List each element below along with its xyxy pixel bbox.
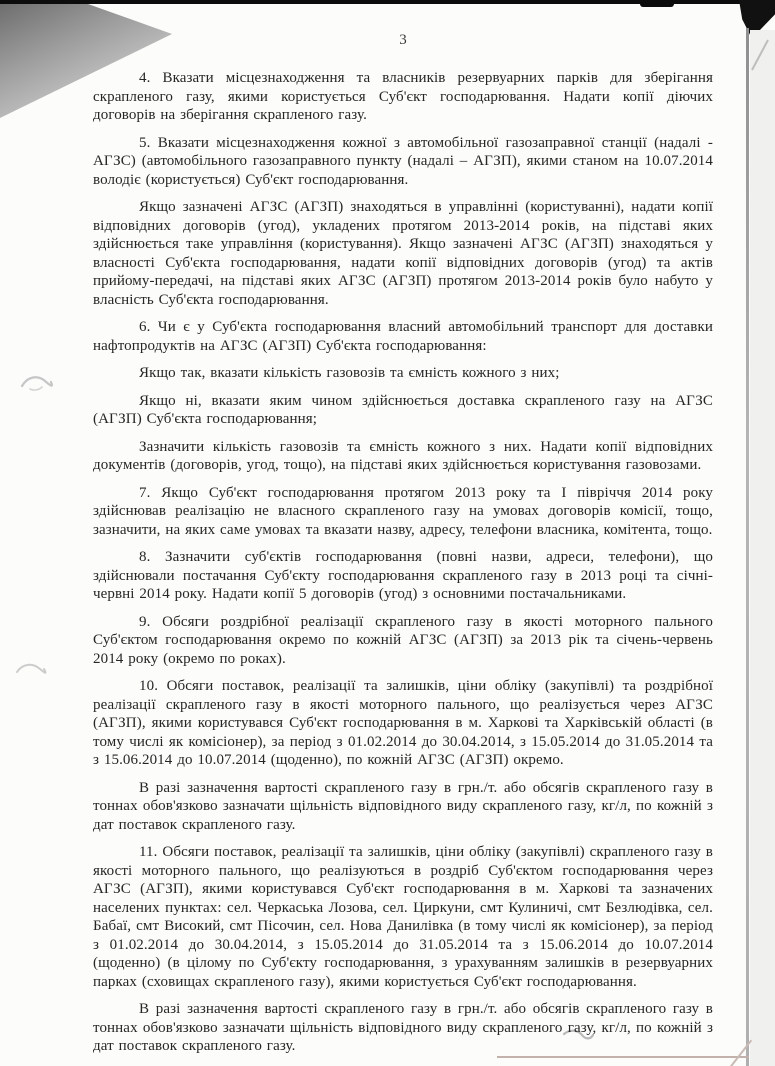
paragraph: Якщо зазначені АГЗС (АГЗП) знаходяться в…	[93, 198, 713, 309]
paragraph: Якщо ні, вказати яким чином здійснюється…	[93, 392, 713, 429]
scan-right-edge-band	[750, 30, 775, 1066]
scan-right-edge-line	[746, 28, 749, 1066]
paragraph: Якщо так, вказати кількість газовозів та…	[93, 364, 713, 383]
scan-smudge-artifact	[18, 372, 56, 394]
paragraph: 8. Зазначити суб'єктів господарювання (п…	[93, 548, 713, 604]
scan-smudge-artifact	[14, 660, 48, 678]
paragraph: В разі зазначення вартості скрапленого г…	[93, 1000, 713, 1056]
paragraph: 9. Обсяги роздрібної реалізації скраплен…	[93, 613, 713, 669]
scanned-document-page: 3 4. Вказати місцезнаходження та власник…	[0, 0, 775, 1066]
paragraph: 6. Чи є у Суб'єкта господарювання власни…	[93, 318, 713, 355]
scan-top-edge-blob-artifact	[640, 0, 674, 7]
paragraph: 4. Вказати місцезнаходження та власників…	[93, 69, 713, 125]
paragraph: В разі зазначення вартості скрапленого г…	[93, 779, 713, 835]
page-number: 3	[93, 32, 713, 49]
paragraph: 5. Вказати місцезнаходження кожної з авт…	[93, 134, 713, 190]
paragraph: 11. Обсяги поставок, реалізації та залиш…	[93, 843, 713, 991]
paragraph: Зазначити кількість газовозів та ємність…	[93, 438, 713, 475]
document-content: 3 4. Вказати місцезнаходження та власник…	[93, 32, 713, 1065]
paragraph: 7. Якщо Суб'єкт господарювання протягом …	[93, 484, 713, 540]
paragraph: 10. Обсяги поставок, реалізації та залиш…	[93, 677, 713, 770]
